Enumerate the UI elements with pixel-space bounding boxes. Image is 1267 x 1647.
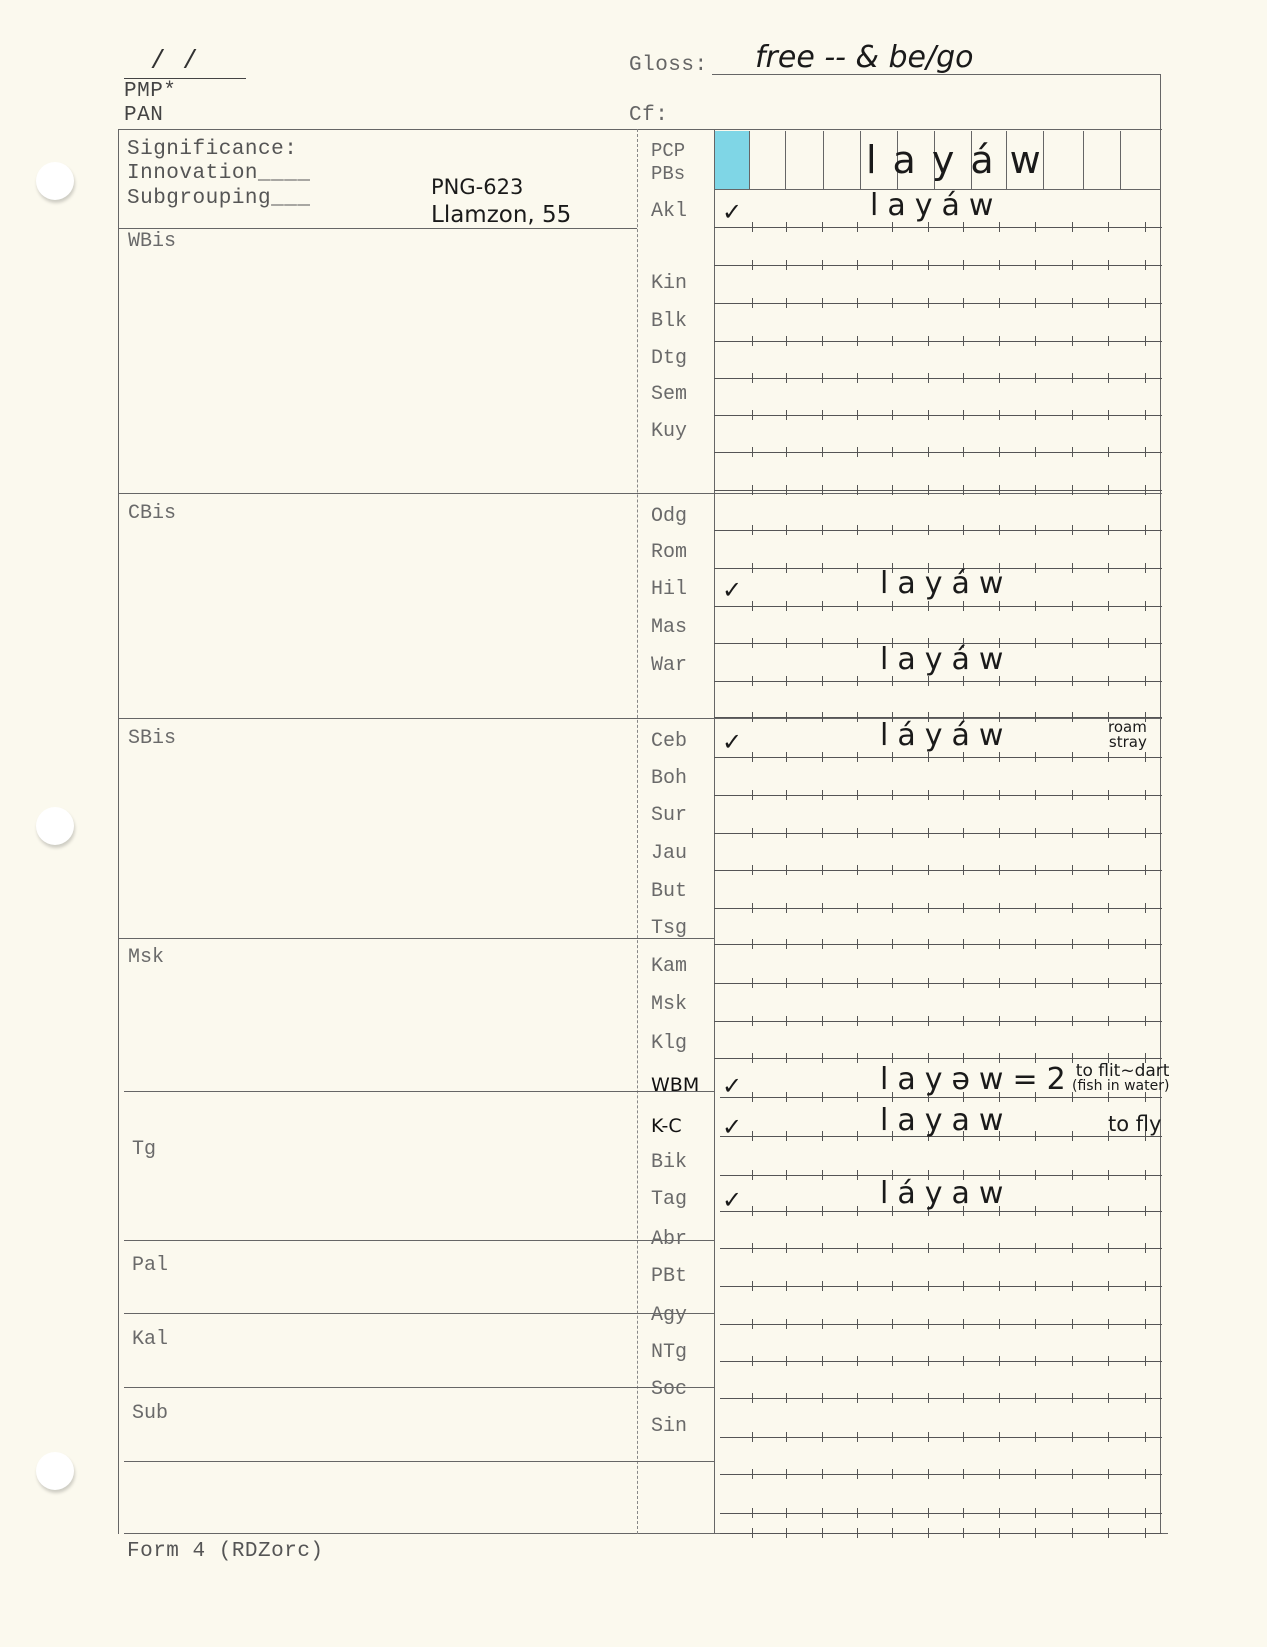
cell-tick [822, 865, 823, 875]
language-code: But [651, 880, 687, 903]
language-code: Kuy [651, 420, 687, 443]
cell-tick [1145, 865, 1146, 875]
language-code: Odg [651, 505, 687, 528]
cell-tick [786, 1356, 787, 1366]
cell-tick [857, 1243, 858, 1253]
cell-tick [928, 1356, 929, 1366]
cognate-form[interactable]: layáw [880, 566, 1012, 601]
cell-tick [1035, 939, 1036, 949]
check-mark[interactable]: ✓ [722, 1072, 742, 1100]
frame-top [118, 129, 1162, 130]
cell-tick [752, 978, 753, 988]
cell-tick [786, 525, 787, 535]
cell-tick [1108, 1356, 1109, 1366]
cell-tick [1145, 1432, 1146, 1442]
cell-tick [1035, 373, 1036, 383]
cell-tick [786, 1393, 787, 1403]
language-code: Tag [651, 1188, 687, 1211]
cell-tick [786, 1206, 787, 1216]
cell-tick [1108, 939, 1109, 949]
cell-tick [752, 1243, 753, 1253]
language-code: PBt [651, 1265, 687, 1288]
cell-tick [752, 939, 753, 949]
cell-tick [928, 978, 929, 988]
entry-rule [714, 1058, 1162, 1059]
cell-tick [1108, 978, 1109, 988]
cell-tick [1108, 1469, 1109, 1479]
cell-tick [999, 222, 1000, 232]
date-field: / / [150, 46, 198, 76]
cell-tick [857, 1432, 858, 1442]
cell-tick [1035, 260, 1036, 270]
cell-tick [892, 978, 893, 988]
cell-tick [1108, 638, 1109, 648]
section-divider [124, 1461, 714, 1462]
cell-tick [1072, 1319, 1073, 1329]
cell-tick [857, 1016, 858, 1026]
source-ref: Llamzon, 55 [431, 202, 571, 228]
cell-tick [892, 1319, 893, 1329]
cell-tick [1145, 1508, 1146, 1518]
cell-tick [857, 790, 858, 800]
section-kal: Kal [132, 1328, 168, 1351]
cell-tick [1108, 1393, 1109, 1403]
gloss-label: Gloss: [629, 54, 708, 77]
language-code: Agy [651, 1304, 687, 1327]
cell-tick [1145, 1206, 1146, 1216]
cell-tick [822, 1319, 823, 1329]
cell-tick [1072, 828, 1073, 838]
language-code: Boh [651, 767, 687, 790]
language-code: Abr [651, 1228, 687, 1251]
cell-tick [1145, 828, 1146, 838]
section-divider [118, 938, 714, 939]
section-divider [124, 1313, 714, 1314]
cell-tick [963, 485, 964, 495]
cell-tick [1108, 790, 1109, 800]
cell-tick [963, 222, 964, 232]
language-code: Akl [651, 200, 687, 223]
language-code: Dtg [651, 347, 687, 370]
cell-tick [999, 1319, 1000, 1329]
date-underline [124, 78, 246, 79]
cell-tick [857, 1528, 858, 1538]
check-mark[interactable]: ✓ [722, 1186, 742, 1214]
cell-tick [892, 828, 893, 838]
cell-tick [963, 1319, 964, 1329]
cell-tick [892, 865, 893, 875]
cell-tick [752, 447, 753, 457]
cell-tick [1072, 1170, 1073, 1180]
entry-rule [714, 795, 1162, 796]
cell-tick [752, 373, 753, 383]
cell-tick [822, 1243, 823, 1253]
gloss-value[interactable]: free -- & be/go [755, 40, 973, 75]
cell-tick [786, 1281, 787, 1291]
cell-tick [963, 1243, 964, 1253]
cell-tick [999, 1016, 1000, 1026]
cell-tick [857, 1393, 858, 1403]
check-mark[interactable]: ✓ [722, 198, 742, 226]
grid-cell-border [823, 131, 824, 189]
cell-tick [857, 222, 858, 232]
divider-sections [637, 129, 638, 1534]
cell-tick [786, 939, 787, 949]
cell-tick [892, 485, 893, 495]
cell-tick [999, 978, 1000, 988]
cell-tick [752, 601, 753, 611]
cell-tick [1108, 1528, 1109, 1538]
cell-tick [752, 1092, 753, 1102]
cell-tick [1145, 638, 1146, 648]
entry-rule [714, 908, 1162, 909]
cell-tick [857, 865, 858, 875]
cell-tick [999, 903, 1000, 913]
cognate-form[interactable]: layáw [880, 642, 1012, 677]
cell-tick [892, 1528, 893, 1538]
entry-rule [714, 378, 1162, 379]
cell-tick [999, 410, 1000, 420]
cell-tick [928, 373, 929, 383]
language-code: Ceb [651, 730, 687, 753]
cell-tick [928, 222, 929, 232]
language-code: Soc [651, 1378, 687, 1401]
cell-tick [1145, 1319, 1146, 1329]
language-code: Hil [651, 578, 687, 601]
cell-tick [752, 712, 753, 722]
cell-tick [786, 1243, 787, 1253]
cell-tick [928, 1319, 929, 1329]
grid-cell-border [1120, 131, 1121, 189]
language-code: War [651, 654, 687, 677]
cell-tick [1108, 298, 1109, 308]
cell-tick [1108, 752, 1109, 762]
entry-rule [714, 452, 1162, 453]
cell-tick [857, 336, 858, 346]
cell-tick [928, 1243, 929, 1253]
cell-tick [1145, 1356, 1146, 1366]
cell-tick [1072, 298, 1073, 308]
cell-tick [963, 939, 964, 949]
cell-tick [786, 1170, 787, 1180]
cell-tick [752, 525, 753, 535]
punch-hole [36, 162, 74, 200]
cell-tick [1145, 447, 1146, 457]
significance-bottom [118, 228, 637, 229]
language-code: Msk [651, 993, 687, 1016]
cell-tick [892, 1356, 893, 1366]
cell-tick [928, 939, 929, 949]
cell-tick [999, 1356, 1000, 1366]
cell-tick [928, 410, 929, 420]
cell-tick [1108, 1319, 1109, 1329]
cell-tick [1035, 601, 1036, 611]
section-wbis: WBis [128, 230, 176, 253]
cell-tick [892, 525, 893, 535]
cell-tick [822, 1131, 823, 1141]
cell-tick [752, 410, 753, 420]
cell-tick [1108, 525, 1109, 535]
cell-tick [1035, 485, 1036, 495]
cognate-form[interactable]: layaw [880, 1103, 1012, 1138]
cell-tick [822, 1092, 823, 1102]
cell-tick [1072, 1243, 1073, 1253]
cell-tick [786, 1131, 787, 1141]
cell-tick [1035, 1016, 1036, 1026]
language-code: Sem [651, 383, 687, 406]
cell-tick [822, 1053, 823, 1063]
gloss-note-bottom: stray [1108, 735, 1147, 750]
entry-rule [714, 983, 1162, 984]
cell-tick [1145, 525, 1146, 535]
language-code: Kin [651, 272, 687, 295]
cell-tick [963, 525, 964, 535]
cell-tick [822, 903, 823, 913]
cell-tick [928, 1432, 929, 1442]
cell-tick [999, 1528, 1000, 1538]
entry-rule [714, 341, 1162, 342]
cell-tick [1145, 298, 1146, 308]
cell-tick [1072, 865, 1073, 875]
cell-tick [857, 563, 858, 573]
cell-tick [963, 865, 964, 875]
cell-tick [822, 525, 823, 535]
cell-tick [1072, 525, 1073, 535]
cell-tick [963, 260, 964, 270]
cell-tick [752, 638, 753, 648]
cell-tick [963, 1508, 964, 1518]
cell-tick [892, 903, 893, 913]
cell-tick [1072, 410, 1073, 420]
cell-tick [1145, 260, 1146, 270]
cell-tick [928, 525, 929, 535]
cell-tick [1072, 1206, 1073, 1216]
cell-tick [892, 1469, 893, 1479]
cell-tick [1145, 1528, 1146, 1538]
cell-tick [1145, 1170, 1146, 1180]
cf-label: Cf: [629, 104, 668, 127]
cell-tick [999, 260, 1000, 270]
cell-tick [928, 828, 929, 838]
cognate-form[interactable]: layáw [870, 188, 1002, 223]
cell-tick [1035, 1432, 1036, 1442]
section-divider [124, 1387, 714, 1388]
cell-tick [1072, 373, 1073, 383]
cell-tick [857, 1508, 858, 1518]
subgrouping-field[interactable]: Subgrouping___ [127, 187, 310, 210]
cell-tick [963, 1469, 964, 1479]
cell-tick [928, 336, 929, 346]
cell-tick [857, 978, 858, 988]
cell-tick [752, 1393, 753, 1403]
cell-tick [786, 828, 787, 838]
cell-tick [892, 752, 893, 762]
cell-tick [822, 1016, 823, 1026]
language-code: Blk [651, 310, 687, 333]
cell-tick [1072, 752, 1073, 762]
cell-tick [1072, 939, 1073, 949]
cognate-form[interactable]: láyáw [880, 718, 1012, 753]
form-label: Form 4 (RDZorc) [127, 1540, 324, 1563]
cell-tick [999, 828, 1000, 838]
grid-cell-border [785, 131, 786, 189]
cell-tick [822, 1469, 823, 1479]
reconstructed-form[interactable]: layáw [866, 138, 1057, 182]
cell-tick [857, 1170, 858, 1180]
cell-tick [928, 298, 929, 308]
language-code: Klg [651, 1032, 687, 1055]
cell-tick [963, 1393, 964, 1403]
cell-tick [1035, 1319, 1036, 1329]
cell-tick [1035, 563, 1036, 573]
cell-tick [752, 752, 753, 762]
cell-tick [752, 1206, 753, 1216]
cell-tick [1035, 978, 1036, 988]
cell-tick [1108, 1281, 1109, 1291]
significance-title: Significance: [127, 138, 297, 161]
cell-tick [857, 1281, 858, 1291]
cell-tick [963, 1356, 964, 1366]
cell-tick [786, 752, 787, 762]
cell-tick [892, 260, 893, 270]
cell-tick [928, 485, 929, 495]
cell-tick [1035, 336, 1036, 346]
cell-tick [857, 638, 858, 648]
cell-tick [892, 373, 893, 383]
cell-tick [857, 752, 858, 762]
cell-tick [928, 1508, 929, 1518]
cell-tick [999, 447, 1000, 457]
cell-tick [999, 336, 1000, 346]
cell-tick [928, 676, 929, 686]
cell-tick [822, 563, 823, 573]
frame-right [1160, 74, 1161, 1534]
cell-tick [752, 790, 753, 800]
cell-tick [928, 790, 929, 800]
cell-tick [1108, 410, 1109, 420]
cell-tick [752, 336, 753, 346]
cell-tick [786, 1508, 787, 1518]
check-mark[interactable]: ✓ [722, 576, 742, 604]
cell-tick [857, 1206, 858, 1216]
innovation-field[interactable]: Innovation____ [127, 162, 310, 185]
language-code: Kam [651, 955, 687, 978]
cell-tick [857, 1356, 858, 1366]
cell-tick [822, 752, 823, 762]
cell-tick [928, 1281, 929, 1291]
cell-tick [928, 1469, 929, 1479]
cell-tick [1072, 978, 1073, 988]
section-sbis: SBis [128, 727, 176, 750]
cell-tick [786, 903, 787, 913]
language-code: WBM [651, 1074, 699, 1096]
cell-tick [999, 1432, 1000, 1442]
cell-tick [1145, 485, 1146, 495]
cognate-form[interactable]: layəw=2 [880, 1062, 1075, 1097]
cell-tick [1108, 260, 1109, 270]
cell-tick [1108, 676, 1109, 686]
cell-tick [1072, 222, 1073, 232]
cell-tick [857, 601, 858, 611]
language-code: K-C [651, 1115, 682, 1137]
cell-tick [857, 1131, 858, 1141]
cell-tick [1035, 1528, 1036, 1538]
entry-rule [714, 530, 1162, 531]
cell-tick [786, 601, 787, 611]
cell-tick [786, 336, 787, 346]
cell-tick [999, 485, 1000, 495]
cell-tick [752, 828, 753, 838]
cell-tick [786, 790, 787, 800]
grid-cell-border [1083, 131, 1084, 189]
cell-tick [752, 1170, 753, 1180]
cell-tick [1145, 563, 1146, 573]
cell-tick [786, 1469, 787, 1479]
cell-tick [1035, 712, 1036, 722]
entry-rule [714, 681, 1162, 682]
entry-rule [714, 1021, 1162, 1022]
cell-tick [822, 1356, 823, 1366]
cell-tick [752, 563, 753, 573]
cell-tick [1108, 601, 1109, 611]
check-mark[interactable]: ✓ [722, 1113, 742, 1141]
cell-tick [1035, 638, 1036, 648]
cell-tick [786, 1319, 787, 1329]
check-mark[interactable]: ✓ [722, 728, 742, 756]
cell-tick [1072, 1528, 1073, 1538]
cell-tick [786, 1432, 787, 1442]
cell-tick [1145, 1393, 1146, 1403]
proto-label-pcp: PCP [651, 140, 685, 162]
cell-tick [999, 1469, 1000, 1479]
cell-tick [963, 790, 964, 800]
cell-tick [857, 712, 858, 722]
cell-tick [892, 1393, 893, 1403]
cell-tick [892, 676, 893, 686]
pmp-label: PMP* [124, 80, 176, 103]
cell-tick [752, 1469, 753, 1479]
cell-tick [963, 1432, 964, 1442]
grid-cell-border [749, 131, 750, 189]
cell-tick [999, 1243, 1000, 1253]
cognate-form[interactable]: láyaw [880, 1176, 1012, 1211]
cell-tick [963, 1016, 964, 1026]
cell-tick [928, 865, 929, 875]
cell-tick [892, 222, 893, 232]
cell-tick [1035, 525, 1036, 535]
cell-tick [857, 373, 858, 383]
cell-tick [1072, 1393, 1073, 1403]
cell-tick [1035, 790, 1036, 800]
cell-tick [857, 1092, 858, 1102]
cell-tick [822, 410, 823, 420]
cell-tick [1145, 336, 1146, 346]
cell-tick [999, 298, 1000, 308]
divider-forms [714, 129, 715, 1534]
cell-tick [1108, 903, 1109, 913]
cell-tick [1035, 1131, 1036, 1141]
cell-tick [752, 485, 753, 495]
cell-tick [1145, 1016, 1146, 1026]
cell-tick [1108, 1170, 1109, 1180]
cell-tick [1035, 1281, 1036, 1291]
cell-tick [928, 903, 929, 913]
cell-tick [1035, 410, 1036, 420]
cell-tick [822, 1508, 823, 1518]
cell-tick [1072, 485, 1073, 495]
language-code: Sin [651, 1415, 687, 1438]
cell-tick [1072, 336, 1073, 346]
